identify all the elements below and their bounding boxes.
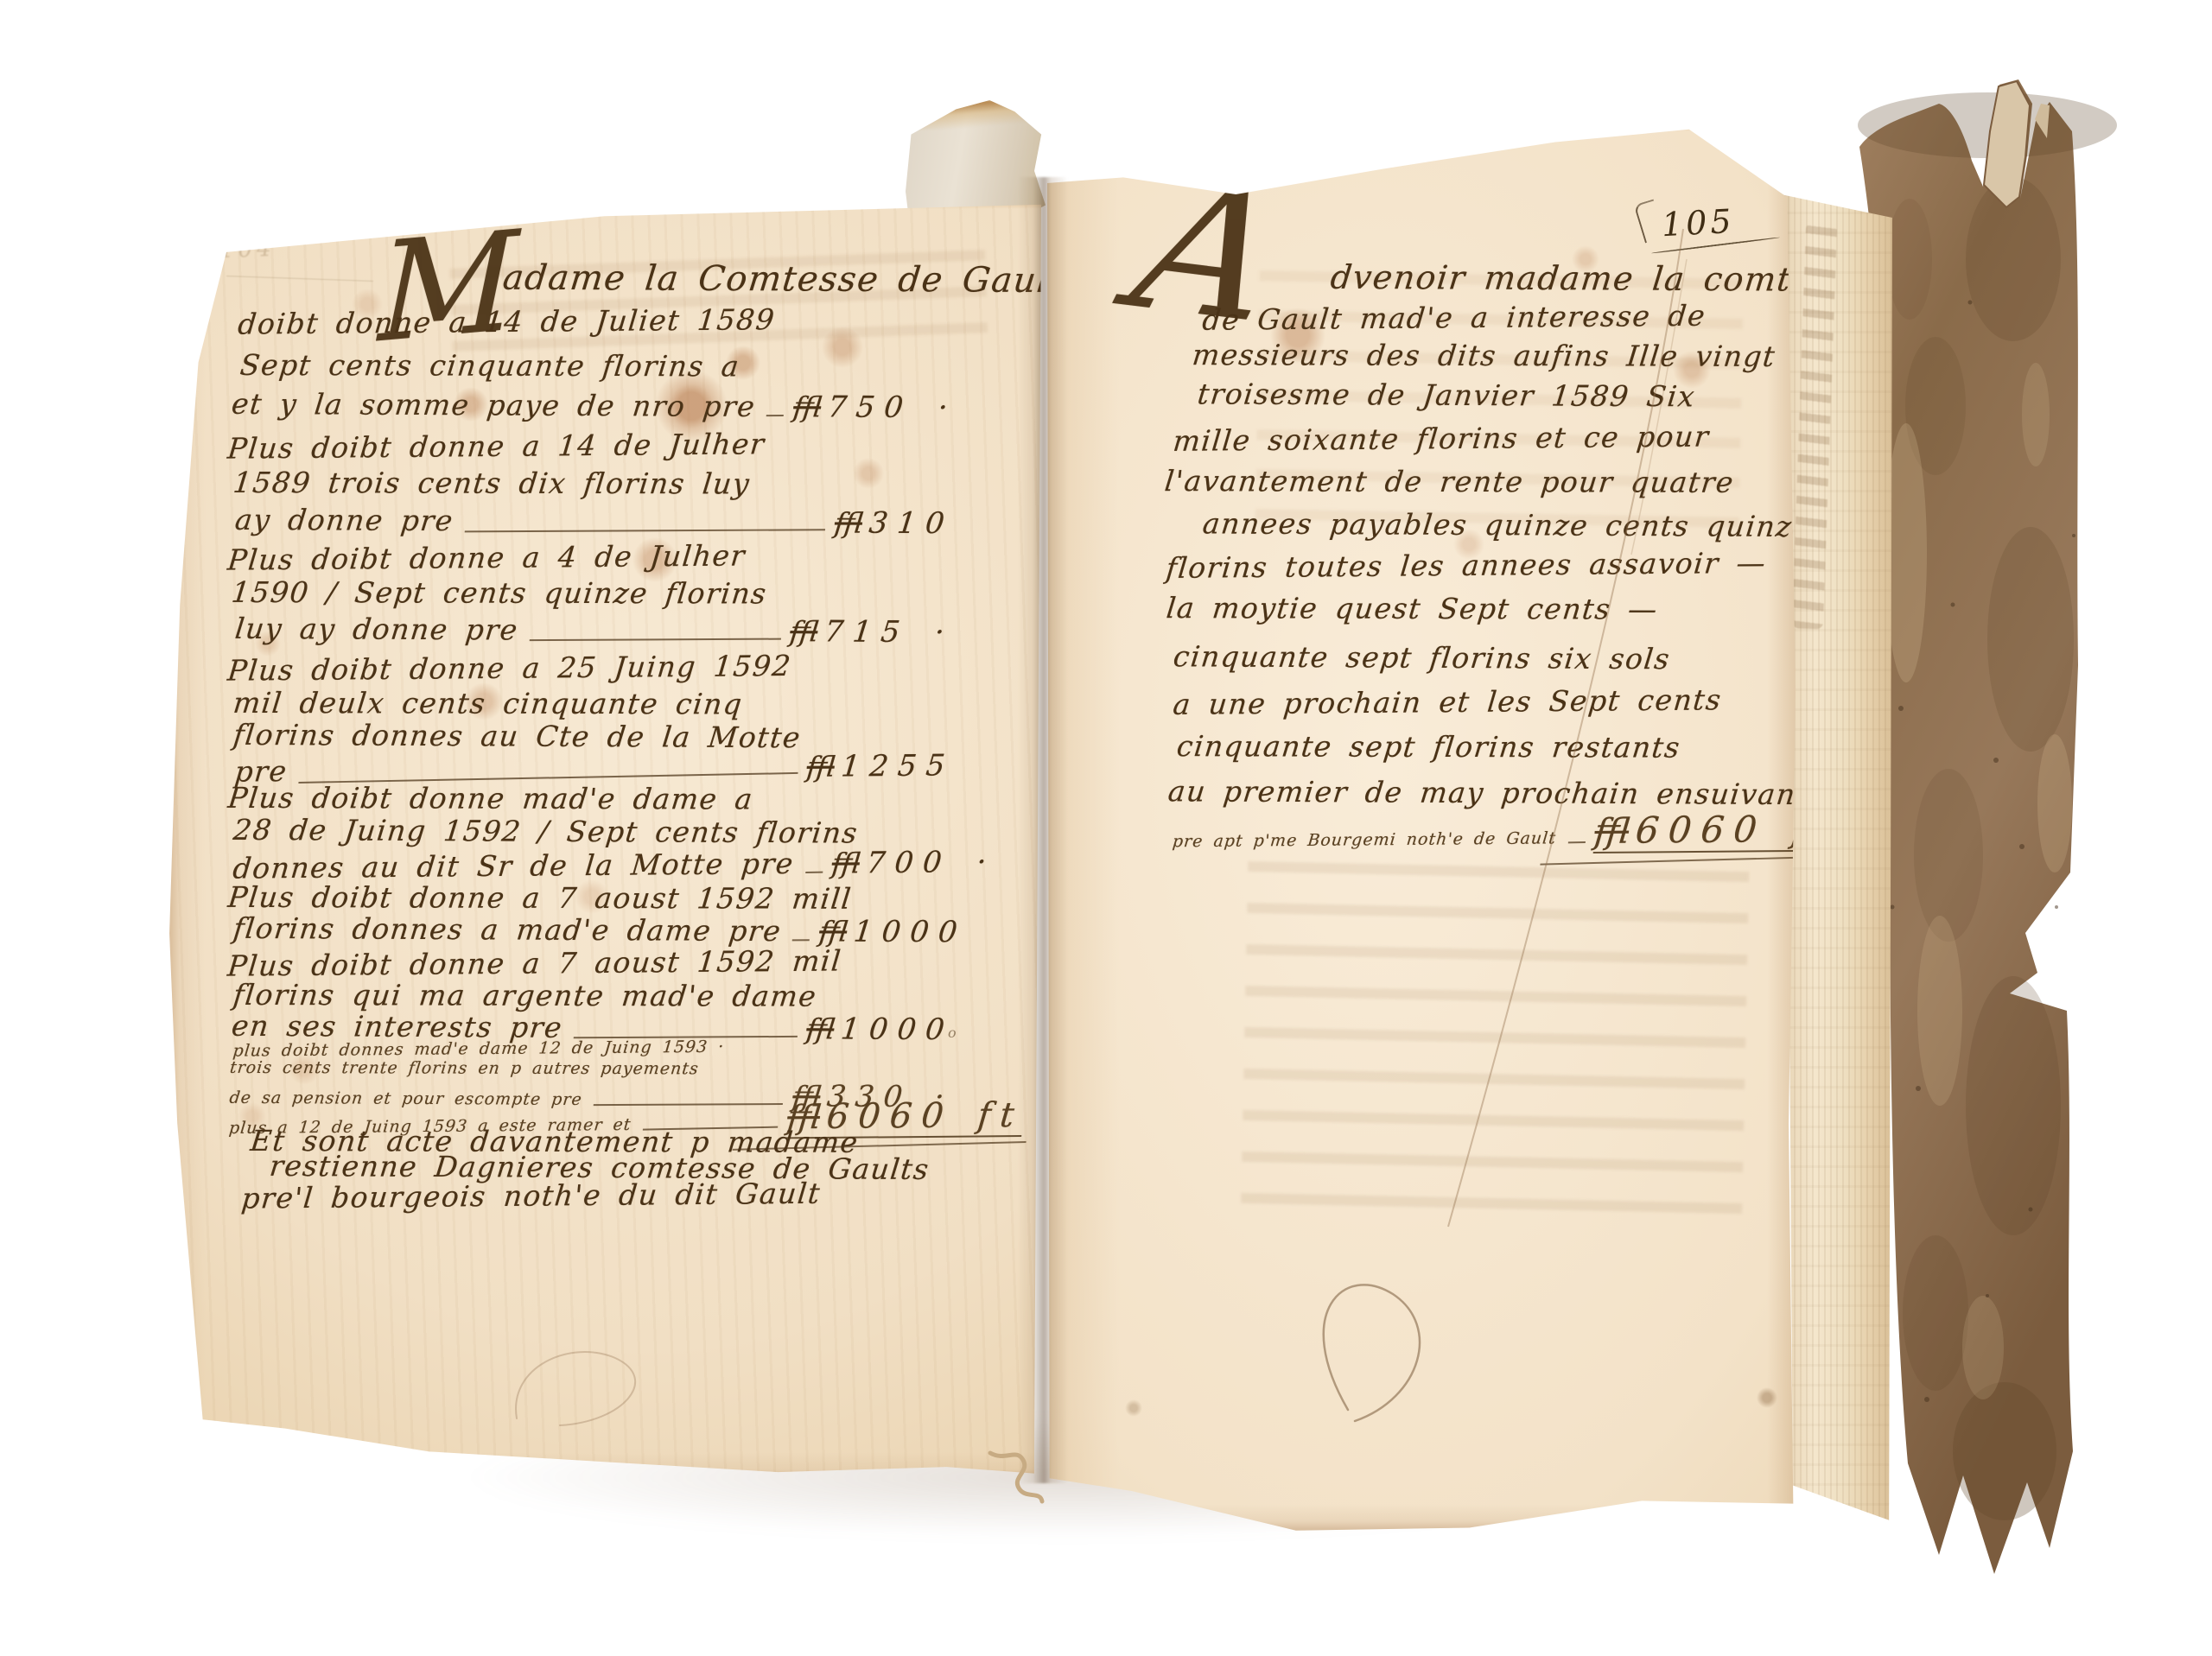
amount-value: 1255 xyxy=(840,748,957,784)
manuscript-line: Plus doibt donne a 25 Juing 1592 xyxy=(226,647,956,687)
manuscript-line: cinquante sept florins six sols xyxy=(1172,639,1751,676)
manuscript-line: 1590 / Sept cents quinze florins xyxy=(230,575,956,611)
amount-value: 750 · xyxy=(826,390,959,425)
manuscript-line: pre apt p'me Bourgemi noth'e de Gaultffl… xyxy=(1171,808,1826,858)
line-text: la moytie quest Sept cents — xyxy=(1165,591,1660,625)
right-page-text-block: dvenoir madame la comtessede Gault mad'e… xyxy=(1041,121,1802,1533)
florin-mark: ffl xyxy=(805,751,836,784)
line-text: adame la Comtesse de Gaulle xyxy=(501,258,1086,301)
manuscript-line: 1589 trois cents dix florins luy xyxy=(232,466,956,501)
line-text: annees payables quinze cents quinze xyxy=(1201,506,1812,543)
manuscript-line: Sept cents cinquante florins a xyxy=(238,348,956,384)
amount: ffl715 · xyxy=(788,614,956,650)
line-text: ay donne pre xyxy=(233,503,455,537)
manuscript-line: au premier de may prochain ensuivant xyxy=(1166,774,1751,811)
manuscript-line: l'avantement de rente pour quatre xyxy=(1163,464,1751,499)
manuscript-line: adame la Comtesse de Gaulle xyxy=(501,258,957,301)
page-fore-edge-stack xyxy=(1782,188,1892,1526)
line-text: Plus doibt donne mad'e dame a xyxy=(226,781,755,816)
line-text: florins qui ma argente mad'e dame xyxy=(232,978,818,1013)
manuscript-line: 28 de Juing 1592 / Sept cents florins xyxy=(232,813,956,850)
ink-rule xyxy=(1567,841,1585,843)
photograph-of-open-manuscript: 104 M adame la Comtesse de Gaulledoibt d… xyxy=(0,0,2212,1656)
line-text: de Gault mad'e a interesse de xyxy=(1201,299,1707,337)
line-text: Plus doibt donne a 7 aoust 1592 mill xyxy=(226,880,854,916)
line-text: et y la somme paye de nro pre xyxy=(230,387,757,423)
manuscript-line: de Gault mad'e a interesse de xyxy=(1201,298,1751,337)
line-text: 1589 trois cents dix florins luy xyxy=(232,466,752,501)
line-text: cinquante sept florins six sols xyxy=(1172,639,1672,676)
line-text: Plus doibt donne a 25 Juing 1592 xyxy=(226,649,793,688)
line-text: florins toutes les annees assavoir — xyxy=(1165,546,1768,585)
line-text: florins donnes au Cte de la Motte xyxy=(232,718,803,754)
manuscript-line: dvenoir madame la comtesse xyxy=(1329,258,1752,299)
line-text: doibt donne a 14 de Juliet 1589 xyxy=(237,302,777,340)
florin-mark: ffl xyxy=(830,847,861,879)
line-text: Plus doibt donne a 7 aoust 1592 mil xyxy=(226,943,843,982)
amount: ffl1255 xyxy=(805,748,956,784)
manuscript-line: Plus doibt donne mad'e dame a xyxy=(226,781,956,816)
manuscript-line: mil deulx cents cinquante cinq xyxy=(232,686,956,721)
ink-rule xyxy=(529,638,780,642)
manuscript-line: a une prochain et les Sept cents xyxy=(1172,682,1751,721)
florin-mark: ffl xyxy=(1592,812,1630,852)
line-text: troisesme de Janvier 1589 Six xyxy=(1196,377,1697,413)
line-text: a une prochain et les Sept cents xyxy=(1172,682,1724,721)
left-page-text-block: adame la Comtesse de Gaulledoibt donne a… xyxy=(166,197,1043,1480)
left-page: 104 M adame la Comtesse de Gaulledoibt d… xyxy=(166,197,1043,1480)
manuscript-line: doibt donne a 14 de Juliet 1589 xyxy=(237,301,956,340)
manuscript-line: luy ay donne preffl715 · xyxy=(233,612,956,650)
amount-value: 700 · xyxy=(865,845,998,880)
florin-mark: ffl xyxy=(833,506,864,539)
manuscript-line: la moytie quest Sept cents — xyxy=(1165,591,1751,626)
manuscript-line: Plus doibt donne a 4 de Julher xyxy=(226,536,956,576)
amount-value: 310 xyxy=(868,506,956,542)
line-text: cinquante sept florins restants xyxy=(1175,729,1682,765)
fore-edge-emboss-marks xyxy=(1792,223,1837,630)
manuscript-line: pre'l bourgeois noth'e du dit Gault xyxy=(240,1175,956,1215)
ink-rule xyxy=(464,529,825,532)
manuscript-line: troisesme de Janvier 1589 Six xyxy=(1196,377,1751,413)
florin-mark: ffl xyxy=(788,615,819,648)
line-text: Plus doibt donne a 4 de Julher xyxy=(226,538,747,576)
line-text: messieurs des dits aufins Ille vingt xyxy=(1191,338,1777,373)
line-text: plus doibt donnes mad'e dame 12 de Juing… xyxy=(232,1037,726,1061)
amount-value: 715 · xyxy=(823,614,956,650)
stray-ink-mark: o xyxy=(948,1025,957,1041)
line-text: Plus doibt donne a 14 de Julher xyxy=(226,427,767,465)
manuscript-line: florins qui ma argente mad'e dame xyxy=(232,978,956,1013)
amount: ffl750 · xyxy=(791,390,959,425)
ink-rule xyxy=(805,872,823,873)
amount: ffl310 xyxy=(833,505,956,541)
line-text: mille soixante florins et ce pour xyxy=(1172,419,1711,457)
manuscript-line: mille soixante florins et ce pour xyxy=(1172,419,1751,458)
manuscript-line: et y la somme paye de nro preffl750 · xyxy=(230,387,956,425)
line-text: l'avantement de rente pour quatre xyxy=(1163,464,1736,499)
line-text: Sept cents cinquante florins a xyxy=(238,348,741,384)
florin-mark: ffl xyxy=(791,390,823,423)
manuscript-line: florins toutes les annees assavoir — xyxy=(1165,546,1751,585)
line-text: pre apt p'me Bourgemi noth'e de Gault xyxy=(1172,828,1557,851)
ink-rule xyxy=(792,939,810,941)
manuscript-line: annees payables quinze cents quinze xyxy=(1201,506,1751,542)
line-text: luy ay donne pre xyxy=(233,612,520,647)
line-text: florins donnes a mad'e dame pre xyxy=(232,911,783,948)
line-text: mil deulx cents cinquante cinq xyxy=(232,686,745,721)
line-text: trois cents trente florins en p autres p… xyxy=(229,1058,700,1078)
manuscript-line: messieurs des dits aufins Ille vingt xyxy=(1191,338,1751,373)
manuscript-line: Plus doibt donne a 7 aoust 1592 mil xyxy=(226,942,956,982)
manuscript-line: cinquante sept florins restants xyxy=(1175,729,1751,765)
line-text: 28 de Juing 1592 / Sept cents florins xyxy=(232,813,860,850)
gutter-crease xyxy=(1018,177,1068,1483)
manuscript-line: ay donne preffl310 xyxy=(233,503,956,541)
line-text: 1590 / Sept cents quinze florins xyxy=(230,575,769,611)
line-text: au premier de may prochain ensuivant xyxy=(1166,774,1810,811)
right-page: A 105 dvenoir madame la comtessede Gault… xyxy=(1041,121,1802,1533)
line-text: pre'l bourgeois noth'e du dit Gault xyxy=(240,1177,823,1215)
amount: ffl700 · xyxy=(830,845,997,881)
ink-rule xyxy=(766,415,784,416)
line-text: donnes au dit Sr de la Motte pre xyxy=(232,847,796,885)
manuscript-line: Plus doibt donne a 7 aoust 1592 mill xyxy=(226,880,956,916)
manuscript-line: Plus doibt donne a 14 de Julher xyxy=(226,425,956,465)
